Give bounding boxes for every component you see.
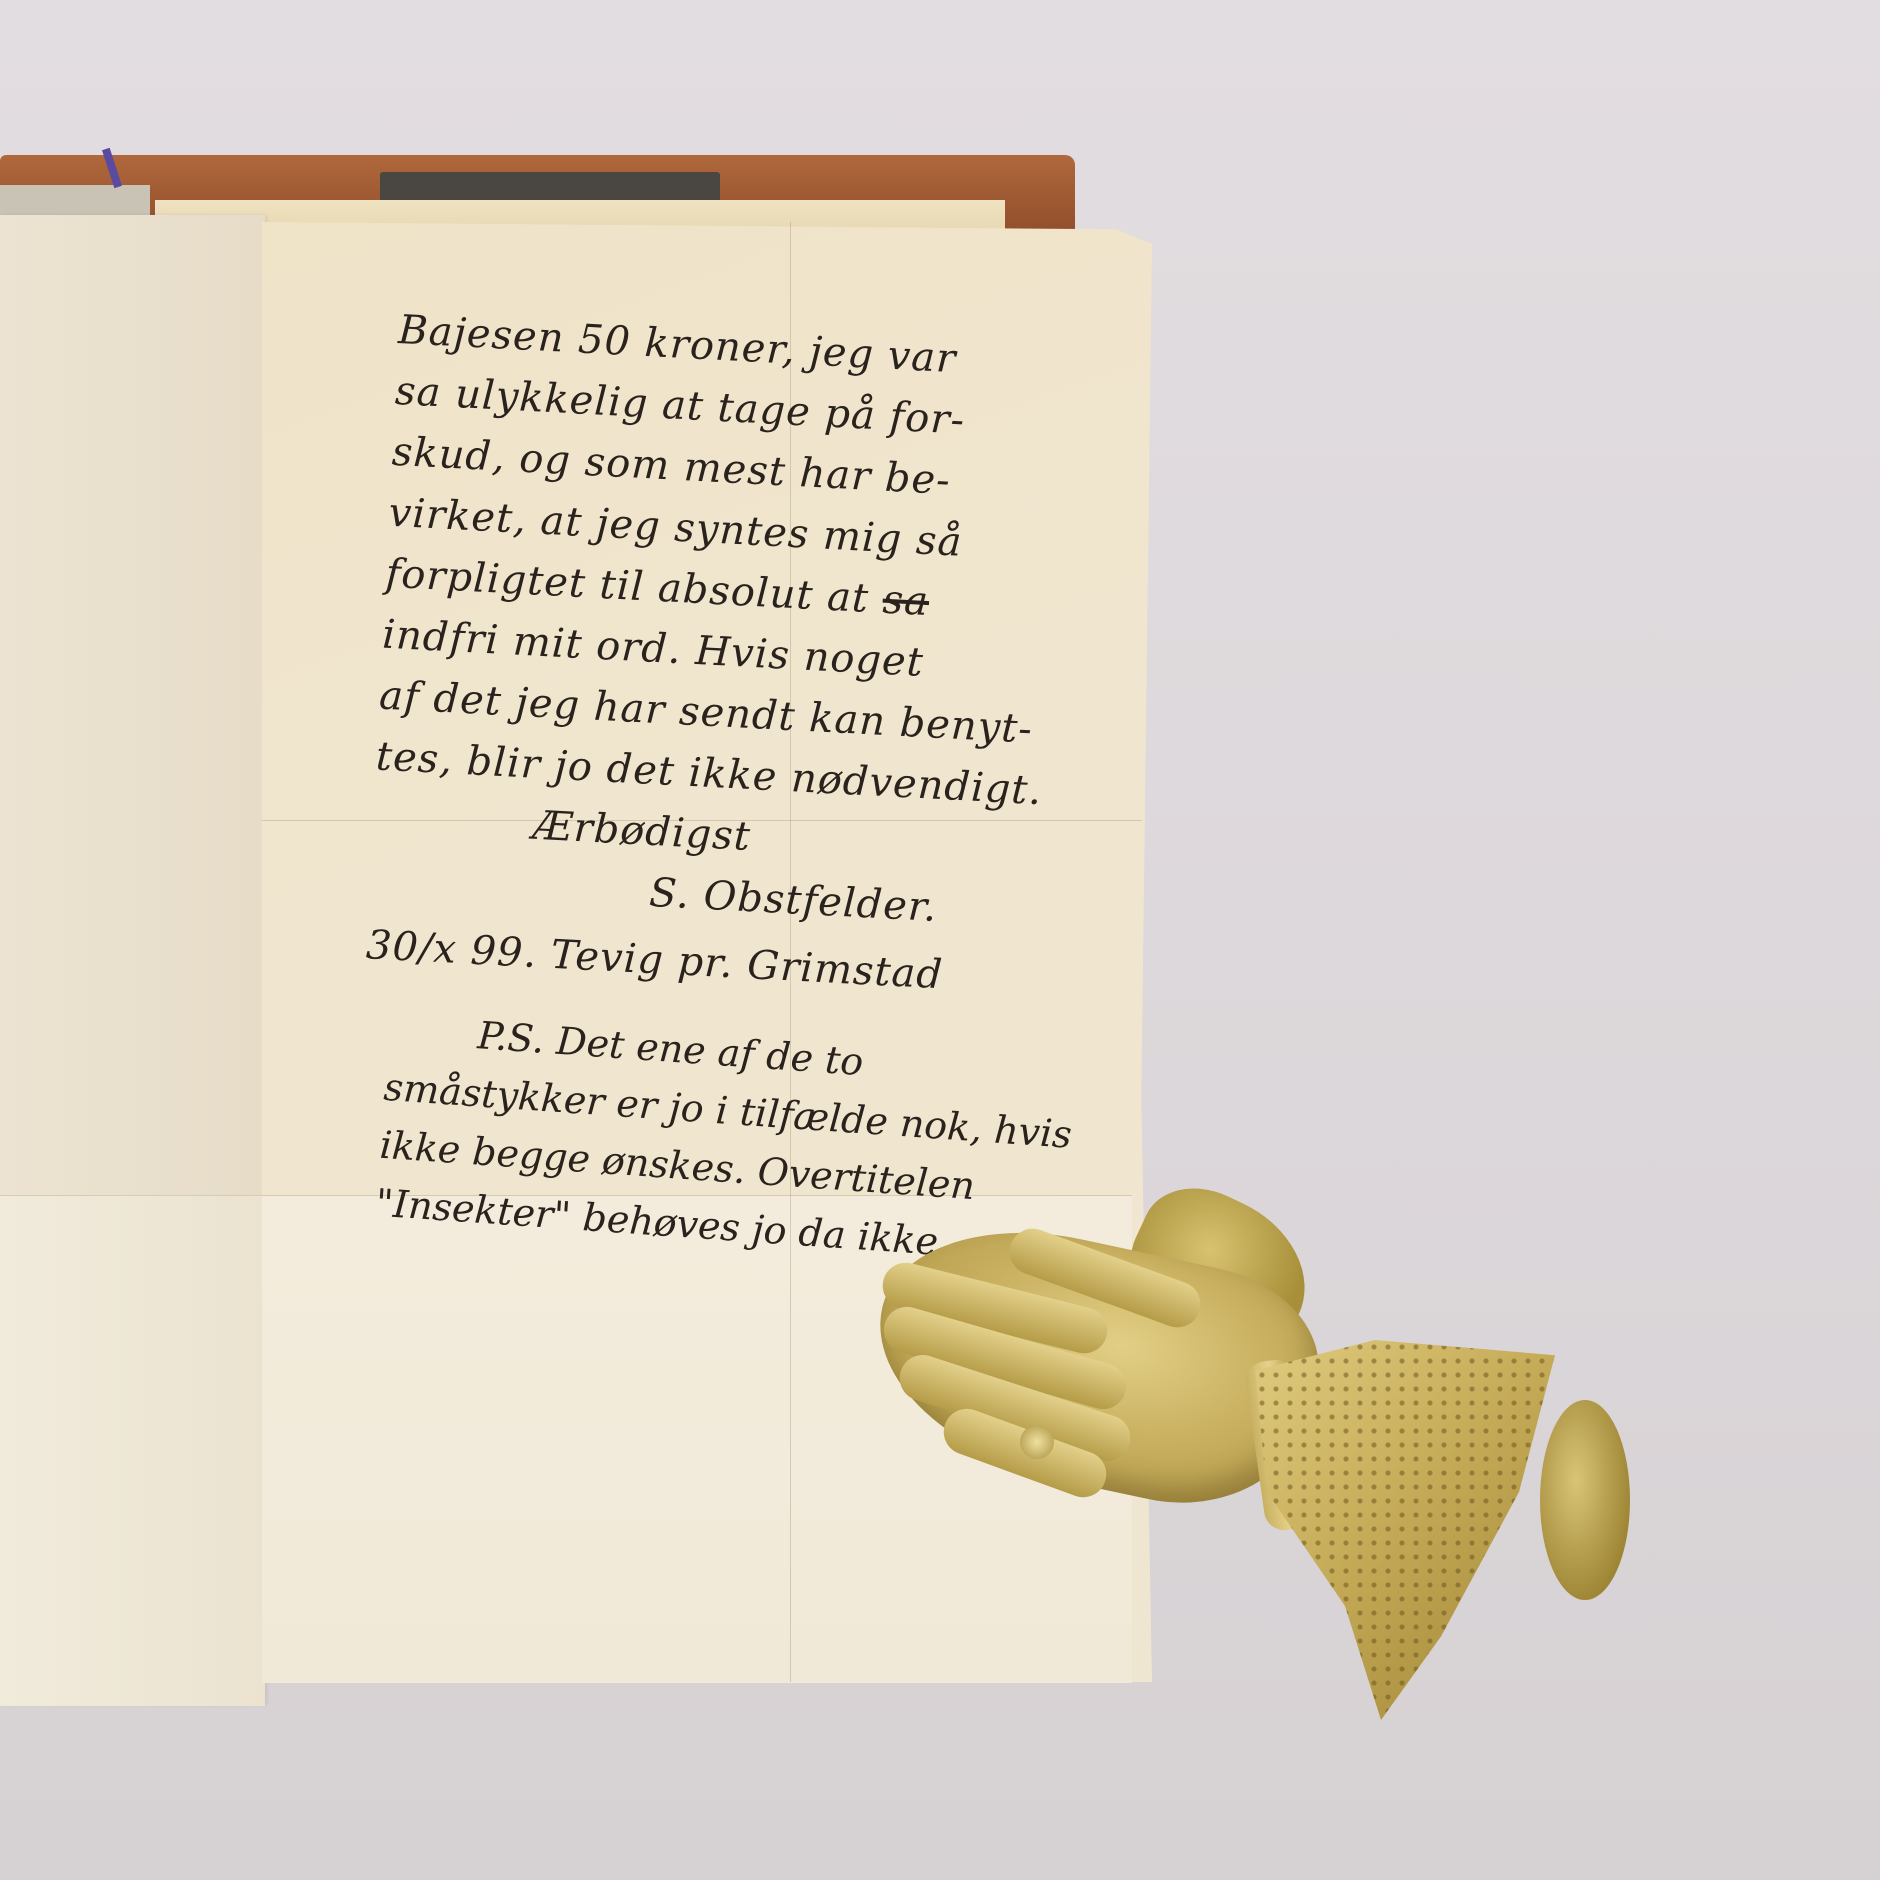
letter-body: Bajesen 50 kroner, jeg var sa ulykkelig … — [365, 300, 1139, 1015]
brass-clip-base-disc — [1540, 1400, 1630, 1600]
brass-ring — [1020, 1425, 1054, 1459]
struck-word: sa — [882, 577, 931, 625]
photo-scene: Bajesen 50 kroner, jeg var sa ulykkelig … — [0, 0, 1880, 1880]
left-sheet-lower-fold — [0, 1195, 265, 1706]
brass-lace-cuff — [1255, 1340, 1555, 1720]
